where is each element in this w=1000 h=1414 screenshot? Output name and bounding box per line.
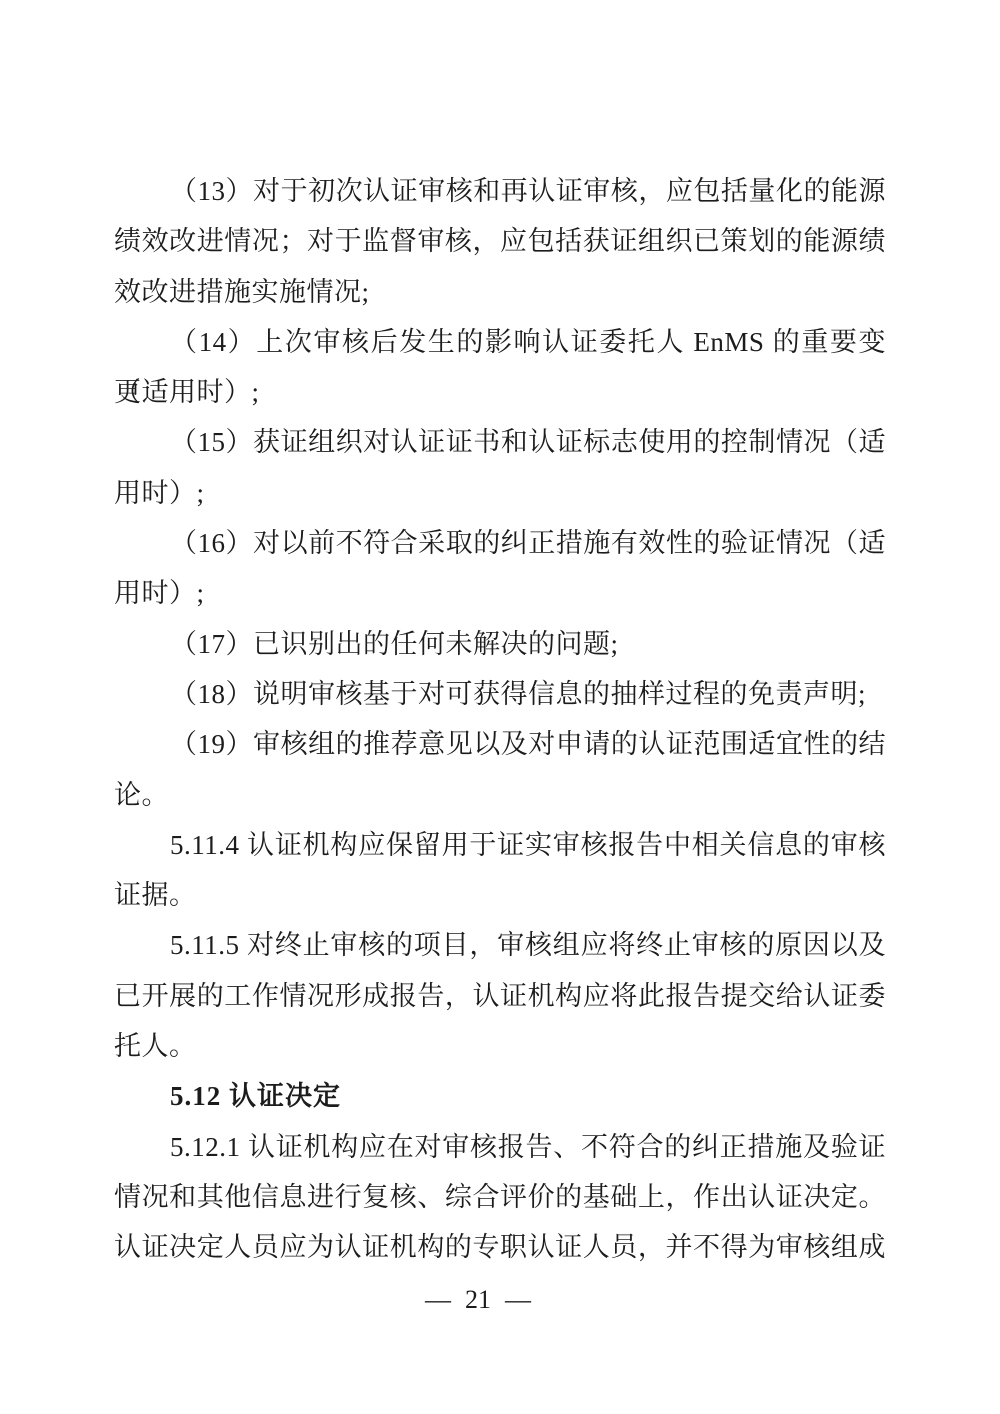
text-line: 证据。	[114, 870, 886, 920]
list-item-15: （15）获证组织对认证证书和认证标志使用的控制情况（适 用时）;	[114, 417, 886, 518]
text-line: 论。	[114, 770, 886, 820]
section-heading-5-12: 5.12 认证决定	[114, 1071, 886, 1121]
text-line: 5.11.5 对终止审核的项目，审核组应将终止审核的原因以及	[114, 920, 886, 970]
text-line: 效改进措施实施情况;	[114, 267, 886, 317]
list-item-13: （13）对于初次认证审核和再认证审核，应包括量化的能源 绩效改进情况；对于监督审…	[114, 166, 886, 317]
text-line: 已开展的工作情况形成报告，认证机构应将此报告提交给认证委	[114, 971, 886, 1021]
text-line: （18）说明审核基于对可获得信息的抽样过程的免责声明;	[114, 669, 886, 719]
text-line: 情况和其他信息进行复核、综合评价的基础上，作出认证决定。	[114, 1172, 886, 1222]
text-line: 绩效改进情况；对于监督审核，应包括获证组织已策划的能源绩	[114, 216, 886, 266]
document-page: （13）对于初次认证审核和再认证审核，应包括量化的能源 绩效改进情况；对于监督审…	[0, 0, 1000, 1414]
footer-dash-left: —	[425, 1278, 451, 1322]
text-line: （15）获证组织对认证证书和认证标志使用的控制情况（适	[114, 417, 886, 467]
text-line: 5.12.1 认证机构应在对审核报告、不符合的纠正措施及验证	[114, 1122, 886, 1172]
page-footer: —21—	[0, 1278, 956, 1322]
clause-5-11-4: 5.11.4 认证机构应保留用于证实审核报告中相关信息的审核 证据。	[114, 820, 886, 921]
text-line: （19）审核组的推荐意见以及对申请的认证范围适宜性的结	[114, 719, 886, 769]
text-line: （17）已识别出的任何未解决的问题;	[114, 619, 886, 669]
text-line: 5.11.4 认证机构应保留用于证实审核报告中相关信息的审核	[114, 820, 886, 870]
text-line: （适用时）;	[114, 367, 886, 417]
clause-5-12-1: 5.12.1 认证机构应在对审核报告、不符合的纠正措施及验证 情况和其他信息进行…	[114, 1122, 886, 1273]
text-line: 认证决定人员应为认证机构的专职认证人员，并不得为审核组成	[114, 1222, 886, 1272]
list-item-18: （18）说明审核基于对可获得信息的抽样过程的免责声明;	[114, 669, 886, 719]
section-heading: 5.12 认证决定	[114, 1071, 886, 1121]
text-line: （14）上次审核后发生的影响认证委托人 EnMS 的重要变更	[114, 317, 886, 367]
list-item-19: （19）审核组的推荐意见以及对申请的认证范围适宜性的结 论。	[114, 719, 886, 820]
footer-dash-right: —	[505, 1278, 531, 1322]
text-line: （16）对以前不符合采取的纠正措施有效性的验证情况（适	[114, 518, 886, 568]
text-line: 用时）;	[114, 568, 886, 618]
page-body: （13）对于初次认证审核和再认证审核，应包括量化的能源 绩效改进情况；对于监督审…	[114, 166, 886, 1273]
page-number: 21	[465, 1285, 491, 1314]
list-item-17: （17）已识别出的任何未解决的问题;	[114, 619, 886, 669]
text-line: 用时）;	[114, 468, 886, 518]
list-item-16: （16）对以前不符合采取的纠正措施有效性的验证情况（适 用时）;	[114, 518, 886, 619]
clause-5-11-5: 5.11.5 对终止审核的项目，审核组应将终止审核的原因以及 已开展的工作情况形…	[114, 920, 886, 1071]
list-item-14: （14）上次审核后发生的影响认证委托人 EnMS 的重要变更 （适用时）;	[114, 317, 886, 418]
text-line: （13）对于初次认证审核和再认证审核，应包括量化的能源	[114, 166, 886, 216]
text-line: 托人。	[114, 1021, 886, 1071]
